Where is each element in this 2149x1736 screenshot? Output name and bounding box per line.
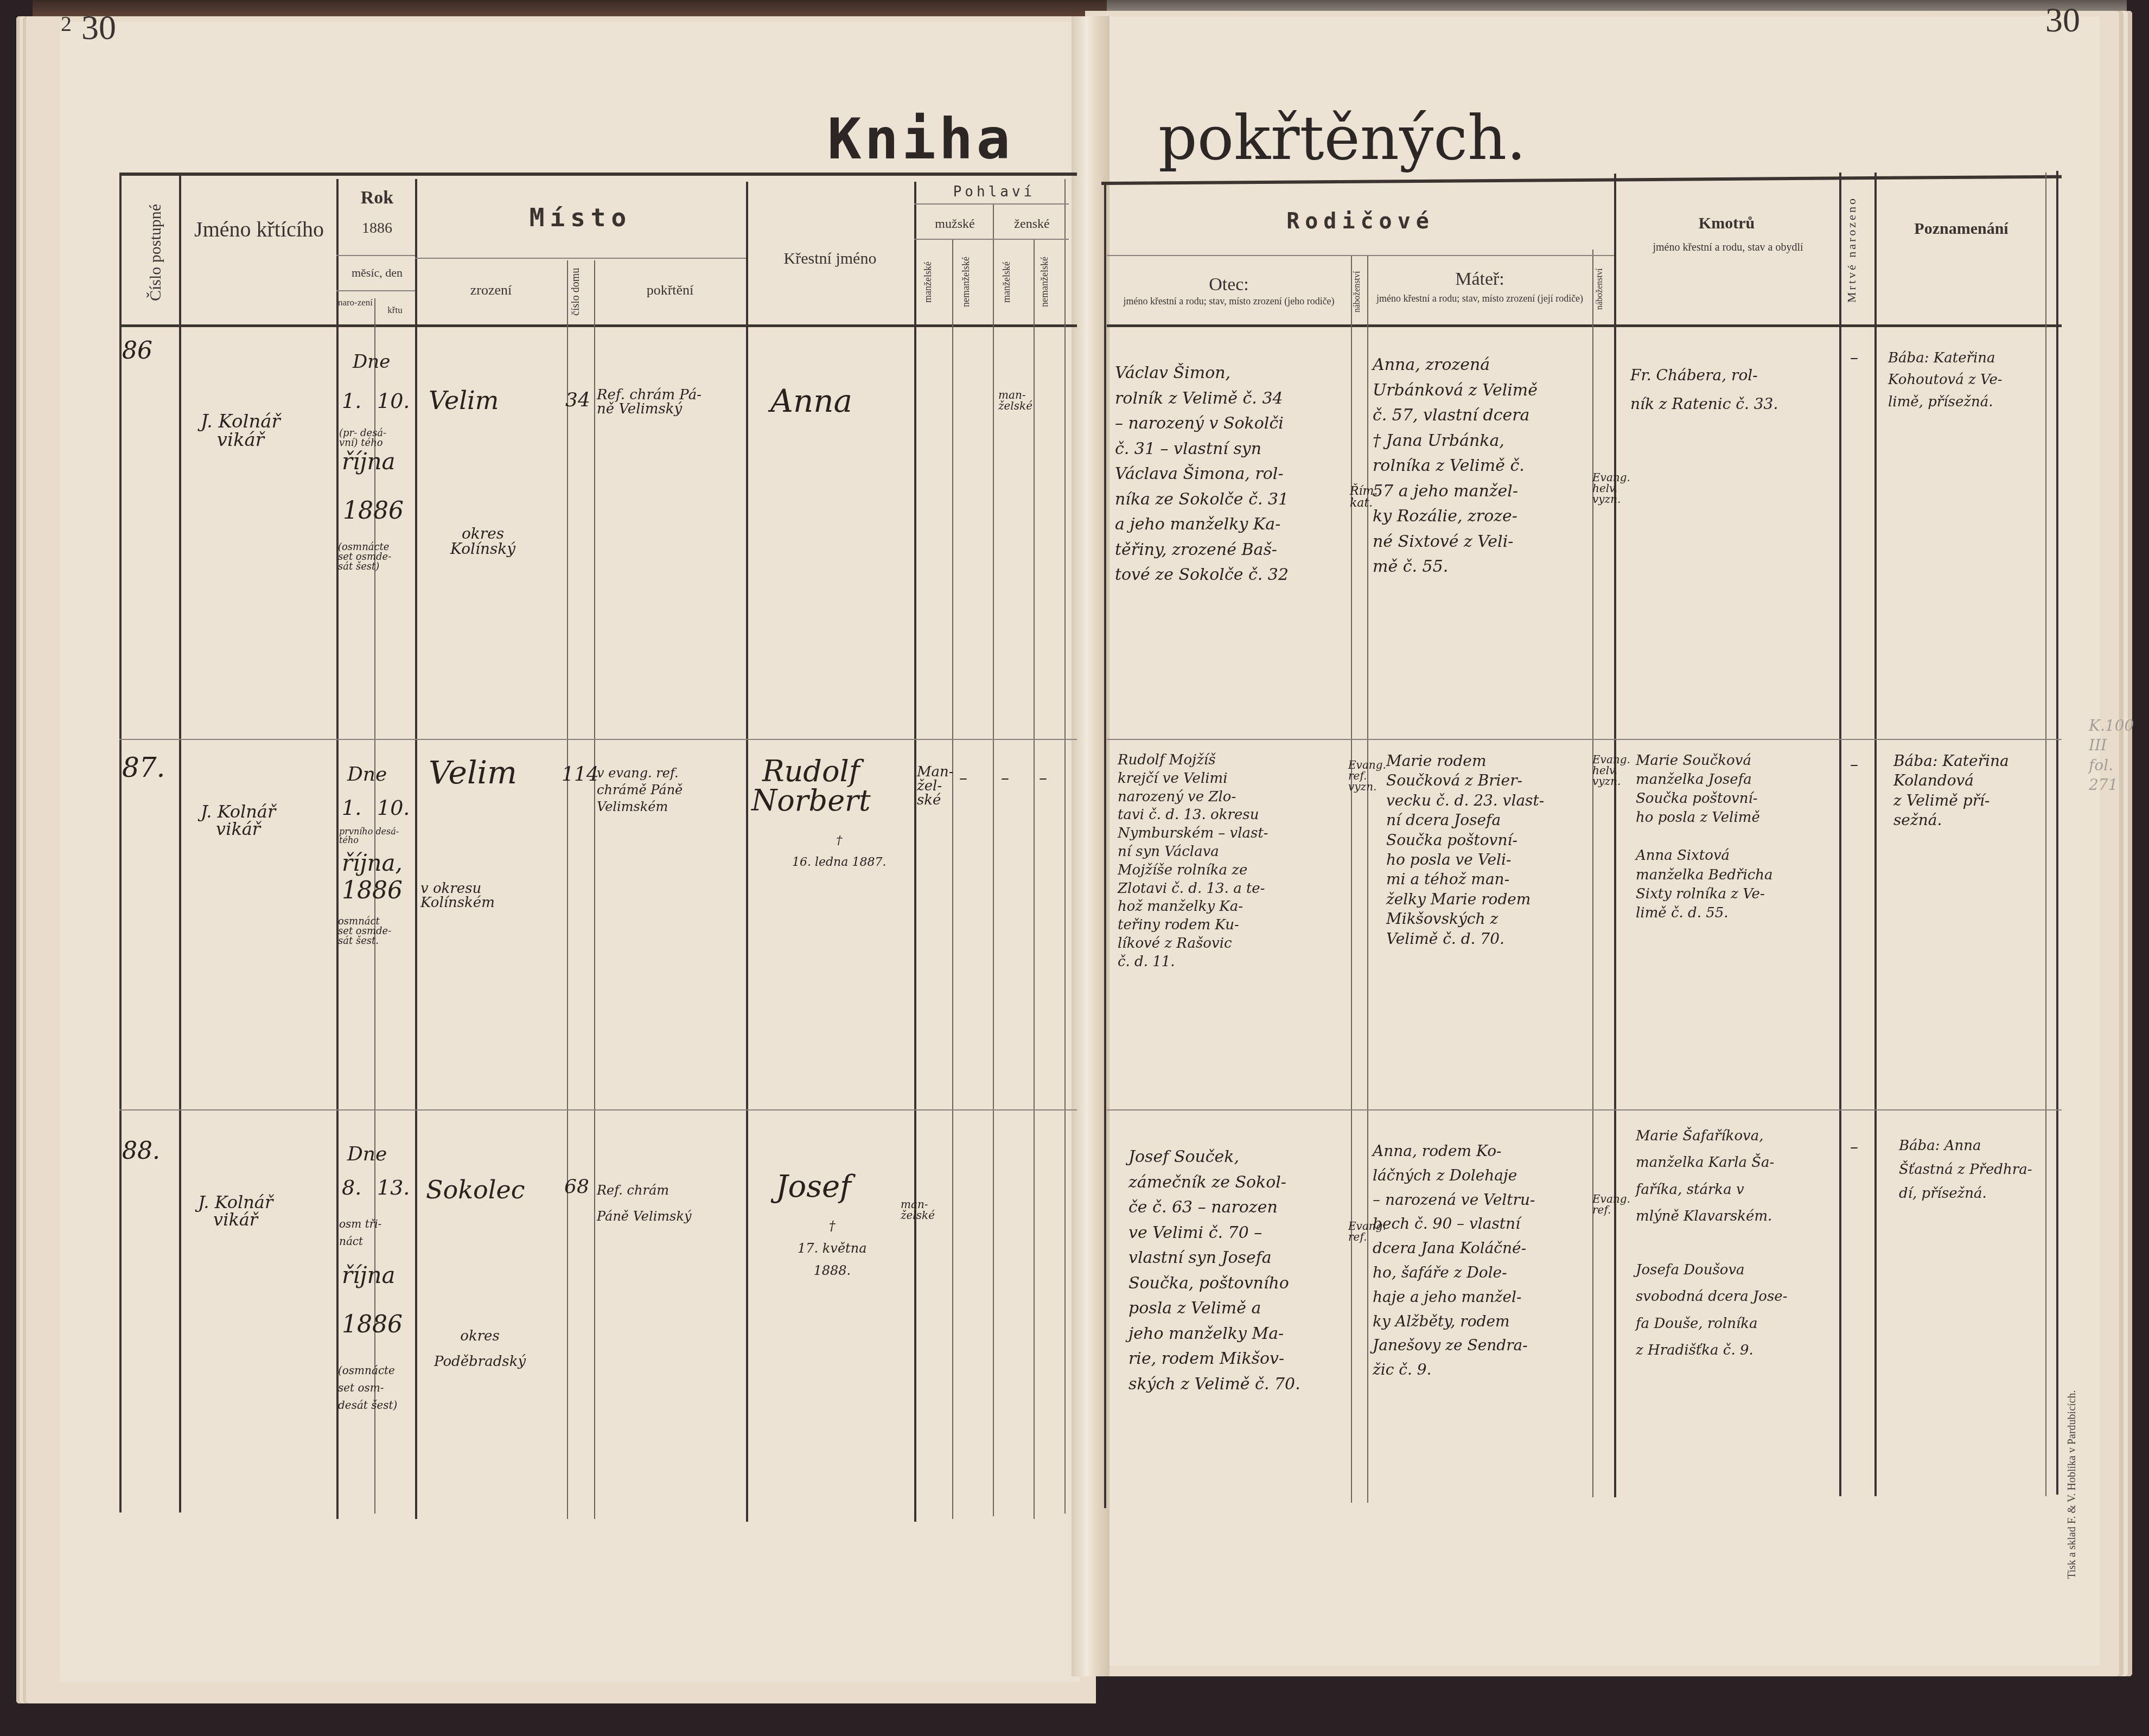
place-baptism: v evang. ref. chrámě Páně Velimském [597,765,683,816]
year: 1886 [342,879,403,903]
death-note: † 16. ledna 1887. [792,830,886,873]
header-cislo-postupne: Číslo postupné [146,184,165,320]
header-cislo-domu: číslo domu [570,260,591,323]
remarks: Bába: Kateřina Kolandová z Velimě pří- s… [1893,751,2009,831]
given-name: Rudolf Norbert [751,757,871,815]
day-baptism: 10. [377,797,410,818]
day-baptism: 10. [377,391,410,411]
header-misto: Místo [415,203,746,232]
header-mrtve-narozeno: Mrtvé narozeno [1845,179,1872,320]
day-baptism: 13. [377,1177,410,1198]
header-mater-nabozenstvi: náboženství [1595,255,1612,323]
place-district: okres Poděbradský [434,1324,526,1375]
death-note: † 17. května 1888. [798,1215,867,1281]
day-words: osm tři- náct [339,1215,381,1250]
day-birth: 1. [342,797,361,818]
baptizer: J. Kolnář vikář [201,803,276,838]
place-baptism: Ref. chrám Páně Velimský [597,1177,692,1229]
header-rodicove: Rodičové [1107,209,1614,234]
day-words: (pr- desá- vní) tého [339,429,386,448]
sex-zenske-nemanzelske: – [1039,770,1047,787]
year: 1886 [342,1313,403,1337]
month: října [342,1264,396,1287]
header-zenske-manzelske: manželské [1001,244,1028,320]
day-birth: 8. [342,1177,361,1198]
year-words: (osmnácte set osm- desát šest) [338,1362,397,1414]
header-jmeno-krticiho: Jméno křtícího [182,217,336,242]
header-otec-sub: jméno křestní a rodu; stav, místo zrozen… [1109,296,1348,307]
header-pohlavi: Pohlaví [917,184,1072,201]
stillborn-mark: – [1850,1139,1858,1156]
father-details: Václav Šimon, rolník z Velimě č. 34 – na… [1115,361,1289,588]
sex-muzske-manzelske: Man- žel- ské [917,765,954,807]
sex-muzske-manzelske: man- želské [901,1199,935,1221]
sex-muzske-nemanzelske: – [959,770,967,787]
header-poznamenani: Poznamenání [1877,220,2045,239]
header-otec: Otec: [1109,274,1348,295]
godparents: Marie Součková manželka Josefa Součka po… [1636,751,1773,923]
page-number-left: 30 [81,8,116,48]
sex-zenske-manzelske: man- želské [998,390,1032,411]
date-label: Dne [347,765,387,784]
record-number: 88. [122,1139,160,1163]
header-rok: Rok [339,187,415,208]
day-birth: 1. [342,391,361,411]
header-zenske-nemanzelske: nemanželské [1039,244,1063,320]
father-religion: Evang. ref. vyzn. [1348,759,1386,792]
house-number: 114 [562,765,599,784]
sex-zenske-manzelske: – [1001,770,1009,787]
header-zrozeni: zrození [418,282,564,298]
remarks: Bába: Kateřina Kohoutová z Ve- limě, pří… [1888,347,2003,413]
header-kmotru-sub: jméno křestní a rodu, stav a obydlí [1633,241,1823,254]
baptizer: J. Kolnář vikář [201,412,280,449]
header-zenske: ženské [994,217,1070,232]
mother-details: Anna, zrozená Urbánková z Velimě č. 57, … [1373,353,1538,580]
header-mesic-den: měsíc, den [339,266,415,279]
record-number: 86 [122,339,152,363]
mother-religion: Evang. helv. vyzn. [1592,472,1630,505]
header-narozeni: naro-zení [337,297,373,308]
father-details: Josef Souček, zámečník ze Sokol- če č. 6… [1128,1145,1300,1397]
place-district: okres Kolínský [450,526,515,557]
header-pokrteni: pokřtění [597,282,743,298]
house-number: 68 [564,1177,589,1197]
stillborn-mark: – [1850,350,1858,366]
day-words: prvního desá- tého [339,827,399,845]
margin-pencil-note: K.100 III fol. 271 [2089,716,2134,795]
given-name: Josef [776,1172,851,1202]
date-label: Dne [353,353,390,371]
header-krtu: křtu [375,305,415,316]
month: října, [342,852,403,875]
place-baptism: Ref. chrám Pá- ně Velimský [597,388,702,416]
remarks: Bába: Anna Šťastná z Předhra- dí, přísež… [1899,1134,2032,1206]
record-number: 87. [122,754,165,781]
header-kmotru: Kmotrů [1617,214,1836,233]
title-left: Kniha [827,106,1013,172]
header-krestni-jmeno: Křestní jméno [749,250,911,269]
year: 1886 [343,499,404,523]
given-name: Anna [770,385,852,417]
house-number: 34 [565,391,590,410]
header-muzske-nemanzelske: nemanželské [960,244,987,320]
year-words: (osmnácte set osmde- sát šest) [338,542,391,572]
header-otec-nabozenstvi: náboženství [1353,260,1367,323]
place-birth: Sokolec [426,1177,525,1202]
place-district: v okresu Kolínském [420,882,495,910]
header-muzske-manzelske: manželské [922,244,949,320]
mother-details: Marie rodem Součková z Brier- vecku č. d… [1386,751,1544,949]
mother-details: Anna, rodem Ko- láčných z Dolehaje – nar… [1373,1139,1535,1382]
mother-religion: Evang. helv. vyzn. [1592,754,1630,787]
page-number-right: 30 [2045,0,2080,40]
page-number-partial: 2 [61,11,72,36]
father-details: Rudolf Mojžíš krejčí ve Velimi narozený … [1118,751,1268,972]
place-birth: Velim [429,757,517,788]
place-birth: Velim [429,388,499,413]
title-right: pokřtěných. [1158,103,1526,174]
header-rok-value: 1886 [339,220,415,237]
godparents: Marie Šafaříkova, manželka Karla Ša- fař… [1636,1123,1788,1364]
header-mater-sub: jméno křestní a rodu; stav, místo zrozen… [1370,293,1590,304]
date-label: Dne [347,1145,387,1164]
month: října [342,450,396,473]
stillborn-mark: – [1850,757,1858,773]
godparents: Fr. Chábera, rol- ník z Ratenic č. 33. [1630,361,1778,418]
header-mater: Máteř: [1370,269,1590,290]
header-muzske: mužské [917,217,993,232]
mother-religion: Evang. ref. [1592,1193,1630,1215]
year-words: osmnáct set osmde- sát šest. [338,917,391,946]
baptizer: J. Kolnář vikář [198,1193,273,1228]
printer-imprint: Tisk a sklad F. & V. Hoblíka v Pardubicí… [2066,1340,2078,1579]
